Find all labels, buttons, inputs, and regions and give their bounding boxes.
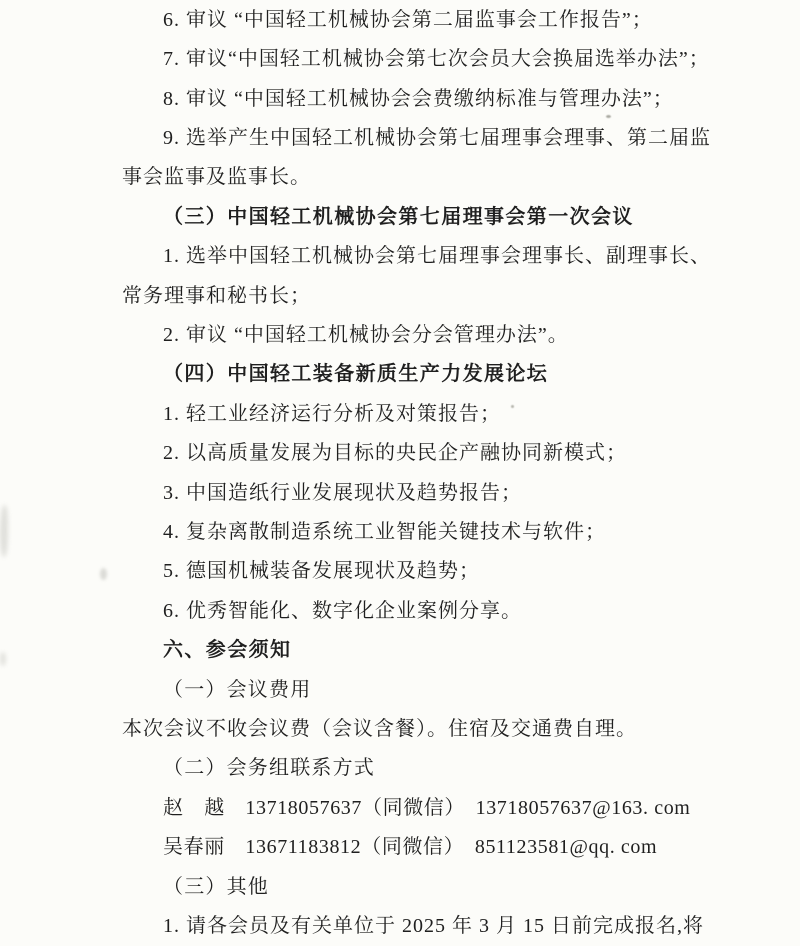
text-line: 1. 轻工业经济运行分析及对策报告； [122,394,722,433]
text-line: 9. 选举产生中国轻工机械协会第七届理事会理事、第二届监 [122,118,722,157]
text-line: 本次会议不收会议费（会议含餐）。住宿及交通费自理。 [122,709,722,748]
subheading-line: （一）会议费用 [122,670,722,709]
text-line: 1. 选举中国轻工机械协会第七届理事会理事长、副理事长、 [122,236,722,275]
text-line: 2. 审议 “中国轻工机械协会分会管理办法”。 [122,315,722,354]
scan-smudge [0,505,8,557]
text-line: 事会监事及监事长。 [122,158,722,197]
text-line: 6. 审议 “中国轻工机械协会第二届监事会工作报告”； [122,0,722,39]
text-line: 7. 审议“中国轻工机械协会第七次会员大会换届选举办法”； [122,39,722,78]
text-line: 1. 请各会员及有关单位于 2025 年 3 月 15 日前完成报名,将 [122,906,722,945]
text-line: 8. 审议 “中国轻工机械协会会费缴纳标准与管理办法”； [122,79,722,118]
subheading-line: （二）会务组联系方式 [122,749,722,788]
text-line: 2. 以高质量发展为目标的央民企产融协同新模式； [122,433,722,472]
scanned-document-page: 6. 审议 “中国轻工机械协会第二届监事会工作报告”；7. 审议“中国轻工机械协… [0,0,800,946]
subheading-line: （三）其他 [122,867,722,906]
text-line: 6. 优秀智能化、数字化企业案例分享。 [122,591,722,630]
text-line: 常务理事和秘书长； [122,276,722,315]
text-line: 5. 德国机械装备发展现状及趋势； [122,552,722,591]
scan-smudge [100,568,107,580]
contact-line: 赵 越 13718057637（同微信） 13718057637@163. co… [122,788,722,827]
contact-line: 吴春丽 13671183812（同微信） 851123581@qq. com [122,828,722,867]
heading-line: （三）中国轻工机械协会第七届理事会第一次会议 [122,197,722,236]
text-line: 4. 复杂离散制造系统工业智能关键技术与软件； [122,512,722,551]
heading-line: 六、参会须知 [122,631,722,670]
text-line: 3. 中国造纸行业发展现状及趋势报告； [122,473,722,512]
scan-smudge [0,652,6,666]
heading-line: （四）中国轻工装备新质生产力发展论坛 [122,355,722,394]
document-body: 6. 审议 “中国轻工机械协会第二届监事会工作报告”；7. 审议“中国轻工机械协… [122,0,722,946]
